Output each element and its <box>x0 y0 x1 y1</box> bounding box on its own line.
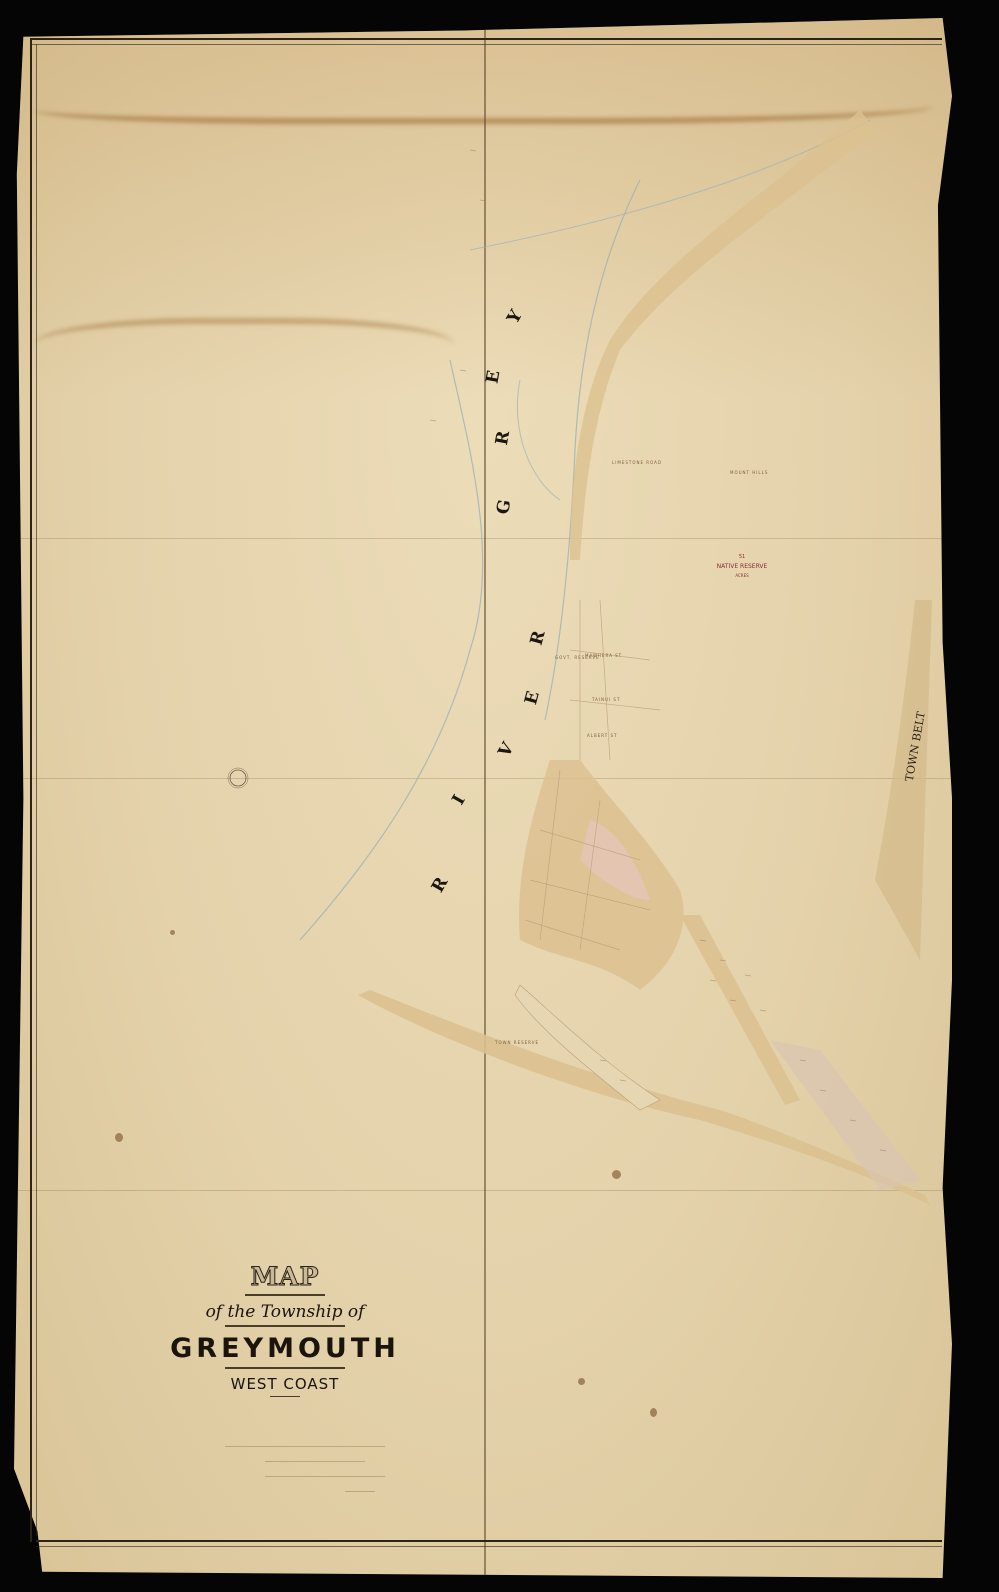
title-greymouth: GREYMOUTH <box>160 1333 410 1364</box>
title-rule <box>270 1396 300 1397</box>
title-map: MAP <box>160 1262 410 1291</box>
title-rule <box>245 1294 325 1296</box>
map-title-block: MAP of the Township of GREYMOUTH West Co… <box>160 1262 410 1397</box>
map-drawing <box>0 0 999 1592</box>
faded-handwritten-notes <box>225 1432 425 1502</box>
street-label: MAWHERA ST <box>585 653 622 658</box>
street-label: TAINUI ST <box>592 697 620 702</box>
title-rule <box>225 1325 345 1327</box>
title-rule <box>225 1367 345 1369</box>
reserve-title: NATIVE RESERVE <box>712 563 772 570</box>
stain-spot <box>115 1133 123 1142</box>
area-label: MOUNT HILLS <box>730 470 768 475</box>
native-reserve-label: 51 NATIVE RESERVE ACRES <box>712 554 772 578</box>
title-west-coast: West Coast <box>160 1375 410 1393</box>
street-label: ALBERT ST <box>587 733 617 738</box>
title-subtitle: of the Township of <box>160 1302 410 1322</box>
stain-spot <box>650 1408 657 1417</box>
area-label: TOWN RESERVE <box>495 1040 539 1045</box>
reserve-unit: ACRES <box>712 573 772 578</box>
stain-spot <box>612 1170 621 1179</box>
area-label: LIMESTONE ROAD <box>612 460 662 465</box>
reserve-number: 51 <box>712 554 772 560</box>
stain-spot <box>578 1378 585 1385</box>
stain-spot <box>170 930 175 935</box>
